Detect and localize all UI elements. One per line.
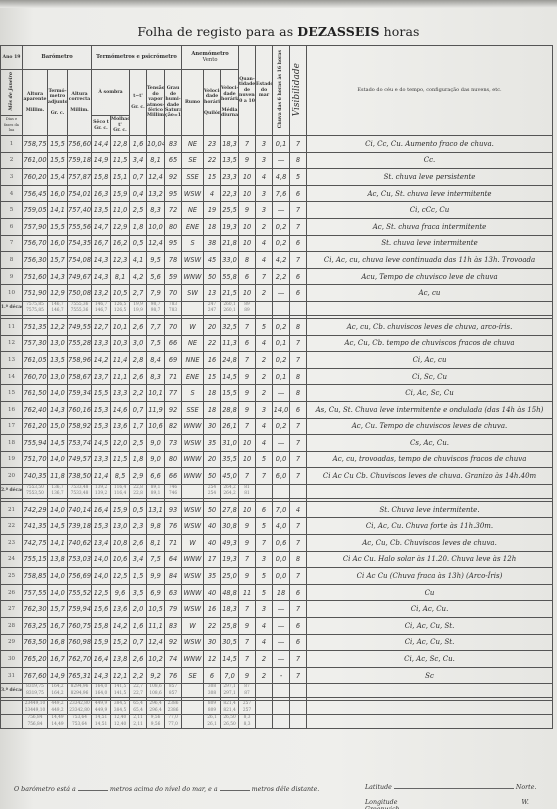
observation-cell: Sc — [307, 667, 553, 684]
decade-molh: 126,5126,5 — [111, 301, 130, 315]
t-adj-cell: 13,8 — [48, 551, 68, 568]
totals-alt_cor: 753,64753,64 — [68, 715, 92, 729]
nuvens-cell: 10 — [239, 169, 256, 186]
totals-empty — [256, 715, 273, 729]
vel-cell: 50 — [204, 268, 221, 285]
decade-tdiff: 19,919,9 — [130, 301, 147, 315]
day-cell: 24 — [1, 551, 23, 568]
seco-cell: 13,7 — [92, 368, 111, 385]
decade-vel2: 297,1297,1 — [221, 684, 239, 698]
t-adj-cell: 14,0 — [48, 451, 68, 468]
grau-cell: 59 — [165, 268, 182, 285]
rumo-cell: ENE — [182, 218, 204, 235]
mar-cell: 4 — [256, 618, 273, 635]
observation-cell: Cc. — [307, 152, 553, 169]
vel-cell: 40 — [204, 535, 221, 552]
vel2-cell: 30,8 — [221, 518, 239, 535]
nuvens-cell: 7 — [239, 634, 256, 651]
chuva-cell: — — [273, 385, 290, 402]
tdiff-cell: 2,2 — [130, 667, 147, 684]
grau-cell: 66 — [165, 468, 182, 485]
totals-empty — [256, 701, 273, 715]
table-row: 23742,7514,1740,6213,410,82,68,171W4049,… — [1, 535, 553, 552]
alt-cor-cell: 750,08 — [68, 285, 92, 302]
tdiff-cell: 1,8 — [130, 451, 147, 468]
vel-cell: 20 — [204, 451, 221, 468]
day-cell: 22 — [1, 518, 23, 535]
alt-ap-cell: 757,90 — [23, 218, 48, 235]
decade-grau: 783783 — [165, 301, 182, 315]
header-velocidade-horaria: Veloci-dade horáriaQuilóm. — [204, 70, 221, 136]
mar-cell: 4 — [256, 169, 273, 186]
vel2-cell: 21,5 — [221, 285, 239, 302]
chuva-cell: 0,2 — [273, 218, 290, 235]
chuva-cell: — — [273, 634, 290, 651]
header-tensao: Tensão do vapor atmos-féricoMillim. — [147, 70, 165, 136]
vis-cell: 8 — [290, 368, 307, 385]
vel2-cell: 22,3 — [221, 185, 239, 202]
tensao-cell: 12,4 — [147, 634, 165, 651]
vel2-cell: 33,0 — [221, 252, 239, 269]
alt-cor-cell: 753,74 — [68, 435, 92, 452]
alt-ap-cell: 751,70 — [23, 451, 48, 468]
vel-cell: 15 — [204, 169, 221, 186]
observation-cell: Ci, Ac, cu — [307, 352, 553, 369]
tdiff-cell: 2,6 — [130, 318, 147, 335]
vel-cell: 19 — [204, 202, 221, 219]
decade-rumo — [182, 684, 204, 698]
alt-cor-cell: 757,87 — [68, 169, 92, 186]
observation-cell: Ci, Ac, Cu, St. — [307, 618, 553, 635]
alt-cor-cell: 749,55 — [68, 318, 92, 335]
mar-cell: 4 — [256, 418, 273, 435]
decade-t_adj: 146,7146,7 — [48, 301, 68, 315]
header-altura-correcta: Altura correctaMillim. — [68, 70, 92, 136]
observation-cell: Cu — [307, 584, 553, 601]
decade-empty — [256, 684, 273, 698]
observation-cell: Ci, Ac, Cu. Chuva forte às 11h.30m. — [307, 518, 553, 535]
nuvens-cell: 10 — [239, 435, 256, 452]
observation-cell: Ac, Cu, Cb. tempo de chuviscos fracos de… — [307, 335, 553, 352]
observation-cell: Ci, Ac, Cu, St. — [307, 634, 553, 651]
molh-cell: 12,9 — [111, 218, 130, 235]
tdiff-cell: 1,7 — [130, 418, 147, 435]
observation-cell: As, Cu, St. Chuva leve intermitente e on… — [307, 401, 553, 418]
alt-ap-cell: 757,55 — [23, 584, 48, 601]
observation-cell: St. chuva leve persistente — [307, 169, 553, 186]
vel2-cell: 14,5 — [221, 368, 239, 385]
seco-cell: 16,3 — [92, 185, 111, 202]
alt-cor-cell: 757,40 — [68, 202, 92, 219]
seco-cell: 14,7 — [92, 218, 111, 235]
tensao-cell: 8,3 — [147, 202, 165, 219]
table-row: 16762,4014,3760,1615,314,60,711,992SSE18… — [1, 401, 553, 418]
vel-cell: 22 — [204, 152, 221, 169]
tensao-cell: 8,1 — [147, 535, 165, 552]
mar-cell: 3 — [256, 185, 273, 202]
totals-mean-row: 756,84756,8414,4914,49753,64753,6414,511… — [1, 715, 553, 729]
observation-cell: Ci, Ac, Cu. — [307, 601, 553, 618]
rumo-cell: WNW — [182, 451, 204, 468]
vis-cell: 7 — [290, 136, 307, 153]
vel2-cell: 23,3 — [221, 169, 239, 186]
mar-cell: 5 — [256, 318, 273, 335]
nuvens-cell: 9 — [239, 152, 256, 169]
header-velocidade-horaria-media: Veloci-dade horáriaMédia diurna — [221, 70, 239, 136]
totals-empty — [290, 715, 307, 729]
chuva-cell: 4,2 — [273, 252, 290, 269]
alt-ap-cell: 760,70 — [23, 368, 48, 385]
mar-cell: 2 — [256, 667, 273, 684]
rumo-cell: S — [182, 385, 204, 402]
chuva-cell: 0,0 — [273, 551, 290, 568]
mar-cell: 3 — [256, 136, 273, 153]
decade-empty — [256, 301, 273, 315]
totals-empty — [273, 701, 290, 715]
t-adj-cell: 14,1 — [48, 535, 68, 552]
header-termometros: Termómetros e psicrómetro — [92, 46, 182, 70]
page-title: Folha de registo para as DEZASSEIS horas — [0, 24, 557, 39]
seco-cell: 15,9 — [92, 634, 111, 651]
decade-empty — [273, 684, 290, 698]
decade-tensao: 108,6108,6 — [147, 684, 165, 698]
grau-cell: 84 — [165, 568, 182, 585]
alt-ap-cell: 763,50 — [23, 634, 48, 651]
mar-cell: 5 — [256, 584, 273, 601]
rumo-cell: WSW — [182, 435, 204, 452]
vel-cell: 12 — [204, 651, 221, 668]
totals-seco: 449,9449,9 — [92, 701, 111, 715]
alt-ap-cell: 757,30 — [23, 335, 48, 352]
table-row: 22741,3514,5739,1815,313,02,39,876WSW403… — [1, 518, 553, 535]
grau-cell: 80 — [165, 451, 182, 468]
molh-cell: 12,1 — [111, 667, 130, 684]
vel2-cell: 19,3 — [221, 551, 239, 568]
tdiff-cell: 1,8 — [130, 218, 147, 235]
decade-empty — [256, 484, 273, 498]
tensao-cell: 8,4 — [147, 352, 165, 369]
tensao-cell: 7,5 — [147, 551, 165, 568]
nuvens-cell: 9 — [239, 368, 256, 385]
observation-cell: Ci, Ac, Sc, Cu. — [307, 651, 553, 668]
vis-cell: 7 — [290, 518, 307, 535]
alt-ap-cell: 759,05 — [23, 202, 48, 219]
decade-empty — [290, 484, 307, 498]
grau-cell: 76 — [165, 667, 182, 684]
alt-cor-cell: 758,96 — [68, 352, 92, 369]
nuvens-cell: 9 — [239, 518, 256, 535]
chuva-cell: 6,0 — [273, 468, 290, 485]
observation-cell: Acu, Tempo de chuvisco leve de chuva — [307, 268, 553, 285]
day-cell: 2 — [1, 152, 23, 169]
t-adj-cell: 16,8 — [48, 634, 68, 651]
alt-ap-cell: 756,45 — [23, 185, 48, 202]
table-row: 2761,0015,5759,1814,911,53,48,165SE2213,… — [1, 152, 553, 169]
tdiff-cell: 3,4 — [130, 152, 147, 169]
tensao-cell: 10,5 — [147, 601, 165, 618]
nuvens-cell: 7 — [239, 352, 256, 369]
day-cell: 23 — [1, 535, 23, 552]
t-adj-cell: 15,4 — [48, 169, 68, 186]
tdiff-cell: 2,6 — [130, 535, 147, 552]
vel2-cell: 21,8 — [221, 235, 239, 252]
mar-cell: 7 — [256, 535, 273, 552]
grau-cell: 73 — [165, 435, 182, 452]
nuvens-cell: 7 — [239, 468, 256, 485]
alt-ap-cell: 751,60 — [23, 268, 48, 285]
grau-cell: 71 — [165, 368, 182, 385]
vis-cell: 8 — [290, 152, 307, 169]
table-row: 13761,0513,5758,9614,211,42,88,469NNE162… — [1, 352, 553, 369]
totals-empty — [273, 715, 290, 729]
totals-empty — [307, 701, 553, 715]
observation-cell: Ci, Ac, cu, chuva leve continuada das 11… — [307, 252, 553, 269]
rumo-cell: WNW — [182, 418, 204, 435]
alt-ap-cell: 765,20 — [23, 651, 48, 668]
header-chuva: Chuva das 6 horas às 16 horas — [273, 46, 290, 136]
vel-cell: 35 — [204, 568, 221, 585]
day-cell: 5 — [1, 202, 23, 219]
decade-summary-row: 3.ª década8319,758319,75164,2164,28294,9… — [1, 684, 553, 698]
vel-cell: 50 — [204, 501, 221, 518]
alt-ap-cell: 742,29 — [23, 501, 48, 518]
grau-cell: 77 — [165, 385, 182, 402]
alt-ap-cell: 763,25 — [23, 618, 48, 635]
decade-empty — [273, 301, 290, 315]
t-adj-cell: 16,7 — [48, 618, 68, 635]
tdiff-cell: 2,8 — [130, 352, 147, 369]
grau-cell: 95 — [165, 235, 182, 252]
day-cell: 10 — [1, 285, 23, 302]
chuva-cell: 0,2 — [273, 318, 290, 335]
seco-cell: 15,3 — [92, 518, 111, 535]
vel2-cell: 18,3 — [221, 601, 239, 618]
vis-cell: 5 — [290, 169, 307, 186]
header-ano: Ano 19 — [1, 46, 23, 70]
chuva-cell: 2,2 — [273, 268, 290, 285]
molh-cell: 14,6 — [111, 401, 130, 418]
alt-cor-cell: 765,31 — [68, 667, 92, 684]
nuvens-cell: 8 — [239, 252, 256, 269]
chuva-cell: 4,8 — [273, 169, 290, 186]
day-cell: 20 — [1, 468, 23, 485]
header-rumo: Rumo — [182, 70, 204, 136]
rumo-cell: SSE — [182, 401, 204, 418]
decade-seco: 164,0164,0 — [92, 684, 111, 698]
tdiff-cell: 0,7 — [130, 169, 147, 186]
decade-label: 1.ª década — [1, 301, 23, 315]
alt-cor-cell: 754,08 — [68, 252, 92, 269]
vel-cell: 17 — [204, 551, 221, 568]
rumo-cell: WNW — [182, 468, 204, 485]
chuva-cell: — — [273, 435, 290, 452]
totals-nuvens: 8,38,3 — [239, 715, 256, 729]
day-cell: 17 — [1, 418, 23, 435]
vel-cell: 40 — [204, 518, 221, 535]
alt-ap-cell: 742,75 — [23, 535, 48, 552]
chuva-cell: — — [273, 285, 290, 302]
totals-alt_ap: 756,84756,84 — [23, 715, 48, 729]
decade-grau: 746746 — [165, 484, 182, 498]
chuva-cell: — — [273, 202, 290, 219]
decade-vel2: 264,2264,2 — [221, 484, 239, 498]
nuvens-cell: 9 — [239, 202, 256, 219]
decade-empty — [273, 484, 290, 498]
decade-molh: 141,5141,5 — [111, 684, 130, 698]
observation-cell: Ci, cCc, Cu — [307, 202, 553, 219]
t-adj-cell: 14,0 — [48, 501, 68, 518]
totals-alt_ap: 23449,1023449,10 — [23, 701, 48, 715]
vis-cell: 6 — [290, 268, 307, 285]
seco-cell: 12,5 — [92, 584, 111, 601]
header-a-sombra: À sombra — [92, 70, 130, 116]
molh-cell: 13,6 — [111, 418, 130, 435]
molh-cell: 13,0 — [111, 518, 130, 535]
observation-cell: Ci Ac Cu. Halo solar às 11.20. Chuva lev… — [307, 551, 553, 568]
molh-cell: 11,4 — [111, 352, 130, 369]
molh-cell: 10,1 — [111, 318, 130, 335]
day-cell: 26 — [1, 584, 23, 601]
tensao-cell: 13,1 — [147, 501, 165, 518]
vis-cell: 8 — [290, 318, 307, 335]
tensao-cell: 11,9 — [147, 401, 165, 418]
decade-molh: 116,4116,4 — [111, 484, 130, 498]
mar-cell: 5 — [256, 518, 273, 535]
totals-nuvens: 257257 — [239, 701, 256, 715]
observation-cell: Ci, Ac, Sc, Cu — [307, 385, 553, 402]
seco-cell: 12,7 — [92, 318, 111, 335]
t-adj-cell: 13,5 — [48, 352, 68, 369]
decade-label: 2.ª década — [1, 484, 23, 498]
alt-ap-cell: 751,35 — [23, 318, 48, 335]
totals-tdiff: 65,465,4 — [130, 701, 147, 715]
vel-cell: 35 — [204, 435, 221, 452]
vel-cell: 18 — [204, 401, 221, 418]
vis-cell: 6 — [290, 185, 307, 202]
totals-rumo — [182, 701, 204, 715]
t-adj-cell: 16,0 — [48, 235, 68, 252]
observation-cell: Ci Ac Cu (Chuva fraca às 13h) (Arco-Íris… — [307, 568, 553, 585]
table-row: 7756,7016,0754,3516,716,20,512,495S3821,… — [1, 235, 553, 252]
tdiff-cell: 3,4 — [130, 551, 147, 568]
table-row: 4756,4516,0754,0116,315,90,413,295WSW422… — [1, 185, 553, 202]
tensao-cell: 9,2 — [147, 667, 165, 684]
table-row: 28763,2516,7760,7515,814,21,611,183W2225… — [1, 618, 553, 635]
day-cell: 27 — [1, 601, 23, 618]
longitude-line: Longitude W. Greenwich. — [365, 799, 557, 809]
barometer-distance-field[interactable] — [220, 790, 250, 791]
tensao-cell: 5,6 — [147, 268, 165, 285]
totals-vel: 26,126,1 — [204, 715, 221, 729]
vis-cell: 7 — [290, 352, 307, 369]
vel-cell: 40 — [204, 584, 221, 601]
totals-rumo — [182, 715, 204, 729]
day-cell: 8 — [1, 252, 23, 269]
molh-cell: 12,5 — [111, 568, 130, 585]
t-adj-cell: 14,1 — [48, 202, 68, 219]
vis-cell: 7 — [290, 335, 307, 352]
vis-cell: 8 — [290, 385, 307, 402]
vel-cell: 30 — [204, 418, 221, 435]
alt-ap-cell: 761,20 — [23, 418, 48, 435]
barometer-note: O barómetro está a metros acima do nível… — [14, 786, 319, 793]
decade-vel: 308308 — [204, 684, 221, 698]
t-adj-cell: 11,8 — [48, 468, 68, 485]
alt-cor-cell: 755,28 — [68, 335, 92, 352]
grau-cell: 74 — [165, 651, 182, 668]
header-visibilidade: Visibilidade — [290, 46, 307, 136]
vel2-cell: 25,8 — [221, 618, 239, 635]
decade-rumo — [182, 301, 204, 315]
molh-cell: 12,3 — [111, 252, 130, 269]
vel-cell: 50 — [204, 468, 221, 485]
day-cell: 18 — [1, 435, 23, 452]
table-row: 1758,7515,5756,6014,412,81,610,0483NE231… — [1, 136, 553, 153]
chuva-cell: — — [273, 651, 290, 668]
vel2-cell: 35,5 — [221, 451, 239, 468]
molh-cell: 12,0 — [111, 435, 130, 452]
grau-cell: 79 — [165, 601, 182, 618]
vis-cell: 7 — [290, 451, 307, 468]
seco-cell: 13,2 — [92, 285, 111, 302]
alt-ap-cell: 762,30 — [23, 601, 48, 618]
alt-cor-cell: 758,67 — [68, 368, 92, 385]
molh-cell: 13,6 — [111, 601, 130, 618]
table-row: 9751,6014,3749,6714,38,14,25,659WNW5055,… — [1, 268, 553, 285]
alt-ap-cell: 740,35 — [23, 468, 48, 485]
totals-empty — [290, 701, 307, 715]
t-adj-cell: 14,5 — [48, 435, 68, 452]
header-mes: Mês de Janeiro — [1, 70, 23, 116]
alt-ap-cell: 761,50 — [23, 385, 48, 402]
latitude-field[interactable] — [394, 788, 514, 789]
mar-cell: 3 — [256, 202, 273, 219]
table-row: 24755,1513,8753,0314,010,63,47,564WNW171… — [1, 551, 553, 568]
decade-tdiff: 22,722,7 — [130, 684, 147, 698]
grau-cell: 95 — [165, 185, 182, 202]
grau-cell: 64 — [165, 551, 182, 568]
nuvens-cell: 9 — [239, 535, 256, 552]
tdiff-cell: 4,2 — [130, 268, 147, 285]
seco-cell: 13,5 — [92, 202, 111, 219]
grau-cell: 83 — [165, 618, 182, 635]
seco-cell: 15,8 — [92, 618, 111, 635]
chuva-cell: 18 — [273, 584, 290, 601]
tdiff-cell: 2,6 — [130, 368, 147, 385]
vel2-cell: 14,5 — [221, 651, 239, 668]
table-row: 27762,3015,7759,9415,613,62,010,579WSW16… — [1, 601, 553, 618]
tdiff-cell: 4,1 — [130, 252, 147, 269]
observation-cell: St. chuva leve intermitente — [307, 235, 553, 252]
decade-seco: 139,2139,2 — [92, 484, 111, 498]
header-quantidade-nuvens: Quan-tidade de nuvens 0 a 10 — [239, 46, 256, 136]
vel2-cell: 26,1 — [221, 418, 239, 435]
day-cell: 11 — [1, 318, 23, 335]
rumo-cell: NNE — [182, 352, 204, 369]
tensao-cell: 10,04 — [147, 136, 165, 153]
tensao-cell: 10,0 — [147, 218, 165, 235]
observation-cell: Ac, cu — [307, 285, 553, 302]
grau-cell: 70 — [165, 285, 182, 302]
tensao-cell: 6,9 — [147, 584, 165, 601]
decade-alt_cor: 8294,968294,96 — [68, 684, 92, 698]
observation-cell: Cs, Ac, Cu. — [307, 435, 553, 452]
rumo-cell: WNW — [182, 268, 204, 285]
nuvens-cell: 7 — [239, 136, 256, 153]
table-row: 14760,7013,0758,6713,711,12,68,371ENE151… — [1, 368, 553, 385]
vis-cell: 7 — [290, 651, 307, 668]
barometer-height-field[interactable] — [78, 790, 108, 791]
